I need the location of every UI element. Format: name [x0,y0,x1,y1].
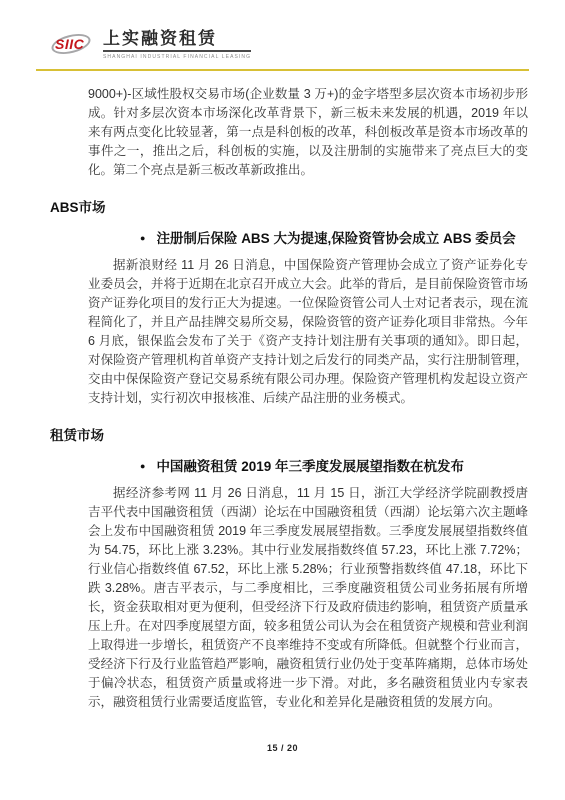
logo-text: SIIC [55,37,84,51]
page-number: 15 / 20 [267,743,298,753]
document-content: 9000+)-区域性股权交易市场(企业数量 3 万+)的金字塔型多层次资本市场初… [0,71,565,712]
news-item-heading: ● 中国融资租赁 2019 年三季度发展展望指数在杭发布 [140,458,528,475]
section-leasing-market: 租赁市场 ● 中国融资租赁 2019 年三季度发展展望指数在杭发布 据经济参考网… [50,428,528,712]
news-item-paragraph: 据新浪财经 11 月 26 日消息，中国保险资产管理协会成立了资产证券化专业委员… [88,256,528,408]
section-abs-market: ABS市场 ● 注册制后保险 ABS 大为提速,保险资管协会成立 ABS 委员会… [50,200,528,408]
news-item-heading: ● 注册制后保险 ABS 大为提速,保险资管协会成立 ABS 委员会 [140,230,528,247]
bullet-icon: ● [140,234,145,243]
section-heading-leasing: 租赁市场 [50,428,528,444]
company-name-cn: 上实融资租赁 [103,28,251,52]
news-item-title: 中国融资租赁 2019 年三季度发展展望指数在杭发布 [156,458,464,475]
news-item-paragraph: 据经济参考网 11 月 26 日消息，11 月 15 日，浙江大学经济学院副教授… [88,484,528,712]
page-footer: 15 / 20 [0,738,565,756]
intro-paragraph: 9000+)-区域性股权交易市场(企业数量 3 万+)的金字塔型多层次资本市场初… [88,85,528,180]
bullet-icon: ● [140,462,145,471]
company-name-block: 上实融资租赁 SHANGHAI INDUSTRIAL FINANCIAL LEA… [103,28,251,60]
news-item-title: 注册制后保险 ABS 大为提速,保险资管协会成立 ABS 委员会 [156,230,515,247]
siic-logo-icon: SIIC [50,32,96,59]
logo-row: SIIC 上实融资租赁 SHANGHAI INDUSTRIAL FINANCIA… [50,28,529,60]
page-header: SIIC 上实融资租赁 SHANGHAI INDUSTRIAL FINANCIA… [0,0,565,71]
document-page: SIIC 上实融资租赁 SHANGHAI INDUSTRIAL FINANCIA… [0,0,565,800]
company-name-en: SHANGHAI INDUSTRIAL FINANCIAL LEASING [103,54,251,60]
section-heading-abs: ABS市场 [50,200,528,216]
